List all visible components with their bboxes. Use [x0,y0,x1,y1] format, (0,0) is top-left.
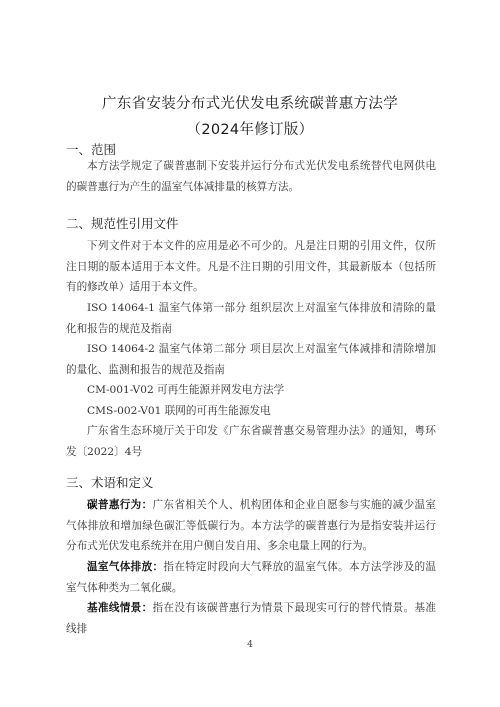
reference-iso-14064-1: ISO 14064-1 温室气体第一部分 组织层次上对温室气体排放和清除的量化和… [66,298,436,339]
paragraph-references-intro: 下列文件对于本文件的应用是必不可少的。凡是注日期的引用文件，仅所注日期的版本适用… [66,236,436,298]
definition-term: 温室气体排放： [87,561,163,573]
document-subtitle: （2024年修订版） [0,118,500,139]
definition-baseline-scenario: 基准线情景：指在没有该碳普惠行为情景下最现实可行的替代情景。基准线排 [66,598,436,639]
document-page: 广东省安装分布式光伏发电系统碳普惠方法学 （2024年修订版） 一、范围 本方法… [0,0,500,707]
reference-guangdong-notice: 广东省生态环境厅关于印发《广东省碳普惠交易管理办法》的通知，粤环发〔2022〕4… [66,421,436,462]
paragraph-scope: 本方法学规定了碳普惠制下安装并运行分布式光伏发电系统替代电网供电的碳普惠行为产生… [66,156,436,197]
definition-term: 碳普惠行为： [87,499,153,511]
definition-carbon-inclusive-behavior: 碳普惠行为：广东省相关个人、机构团体和企业自愿参与实施的减少温室气体排放和增加绿… [66,495,436,557]
reference-cm-001: CM-001-V02 可再生能源并网发电方法学 [66,380,436,401]
reference-iso-14064-2: ISO 14064-2 温室气体第二部分 项目层次上对温室气体减排和清除增加的量… [66,339,436,380]
section-heading-terms: 三、术语和定义 [66,473,154,491]
document-title: 广东省安装分布式光伏发电系统碳普惠方法学 [0,92,500,113]
section-heading-references: 二、规范性引用文件 [66,214,179,232]
reference-cms-002: CMS-002-V01 联网的可再生能源发电 [66,401,436,422]
page-number: 4 [0,640,500,650]
definition-term: 基准线情景： [87,602,153,614]
definition-ghg-emission: 温室气体排放：指在特定时段向大气释放的温室气体。本方法学涉及的温室气体种类为二氧… [66,557,436,598]
